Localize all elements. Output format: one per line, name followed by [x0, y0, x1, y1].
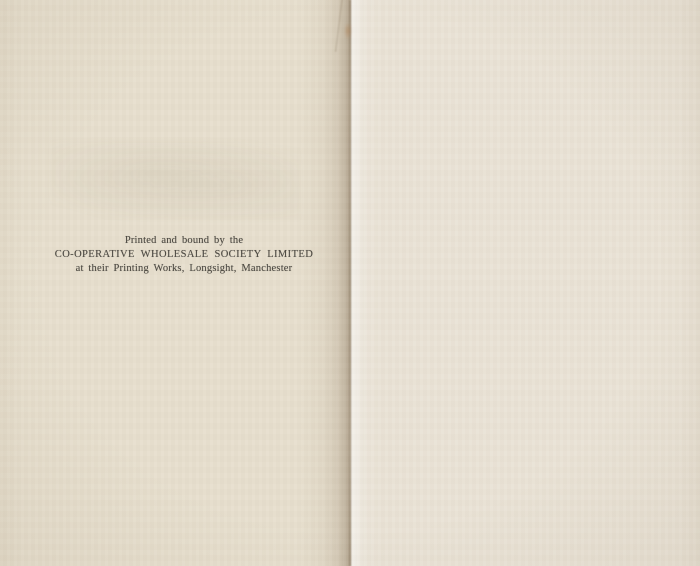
colophon-publisher-name: CO-OPERATIVE WHOLESALE SOCIETY LIMITED	[38, 248, 330, 262]
colophon-line-works-location: at their Printing Works, Longsight, Manc…	[38, 262, 330, 276]
colophon: Printed and bound by the CO-OPERATIVE WH…	[38, 234, 330, 276]
left-page: Printed and bound by the CO-OPERATIVE WH…	[0, 0, 349, 566]
show-through-ghosting	[50, 140, 300, 220]
book-spread: Printed and bound by the CO-OPERATIVE WH…	[0, 0, 700, 566]
right-page	[351, 0, 700, 566]
colophon-line-printed-by: Printed and bound by the	[38, 234, 330, 248]
